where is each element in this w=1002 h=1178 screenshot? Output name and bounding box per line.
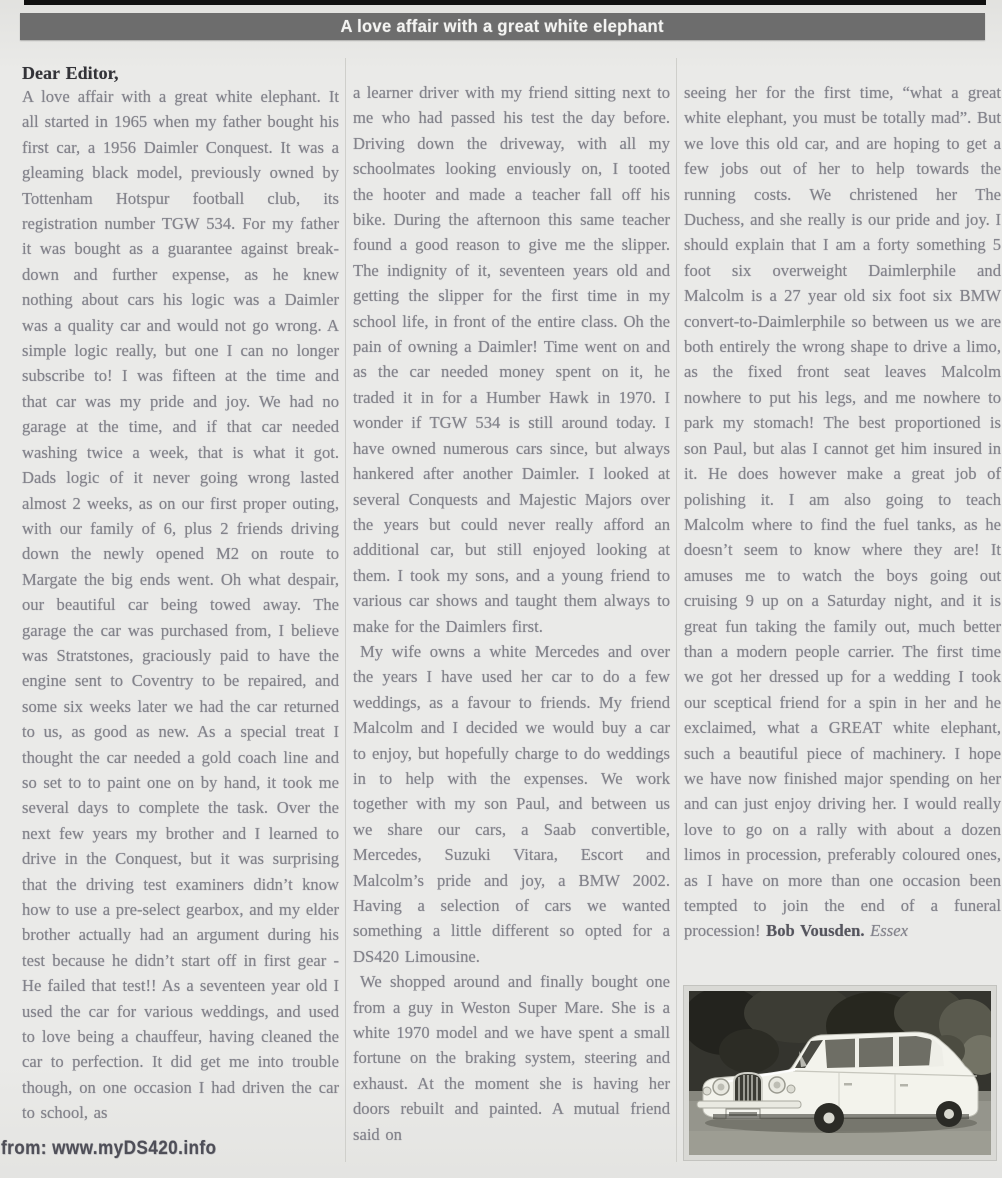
sidelight bbox=[787, 1085, 795, 1093]
paragraph: seeing her for the first time, “what a g… bbox=[684, 80, 1001, 944]
door-handle bbox=[900, 1084, 908, 1087]
sidelight bbox=[703, 1087, 711, 1095]
salutation: Dear Editor, bbox=[22, 62, 339, 84]
window-pillar bbox=[855, 1037, 859, 1068]
car-photo-illustration bbox=[689, 991, 991, 1155]
side-windows bbox=[825, 1036, 942, 1068]
signature-location: Essex bbox=[865, 921, 908, 940]
letter-column-2: a learner driver with my friend sitting … bbox=[353, 80, 670, 1147]
top-edge-strip bbox=[24, 0, 986, 5]
front-hubcap bbox=[824, 1113, 835, 1124]
door-handle bbox=[844, 1083, 852, 1086]
window-pillar bbox=[893, 1036, 899, 1067]
column-divider-1 bbox=[345, 58, 346, 1162]
paragraph: A love affair with a great white elephan… bbox=[22, 84, 339, 1126]
article-header-bar: A love affair with a great white elephan… bbox=[20, 13, 985, 40]
letter-column-1: Dear Editor, A love affair with a great … bbox=[22, 62, 339, 1126]
front-bumper bbox=[697, 1101, 801, 1108]
car-photo bbox=[683, 985, 997, 1161]
rear-hubcap bbox=[944, 1109, 954, 1119]
paragraph: We shopped around and finally bought one… bbox=[353, 969, 670, 1147]
column-divider-2 bbox=[676, 58, 677, 1162]
paragraph-text: seeing her for the first time, “what a g… bbox=[684, 83, 1001, 940]
letter-column-3: seeing her for the first time, “what a g… bbox=[684, 80, 1001, 944]
article-title: A love affair with a great white elephan… bbox=[341, 16, 664, 37]
signature-name: Bob Vousden. bbox=[766, 921, 864, 940]
paragraph: My wife owns a white Mercedes and over t… bbox=[353, 639, 670, 969]
source-watermark: from: www.myDS420.info bbox=[1, 1138, 216, 1160]
paragraph: a learner driver with my friend sitting … bbox=[353, 80, 670, 639]
